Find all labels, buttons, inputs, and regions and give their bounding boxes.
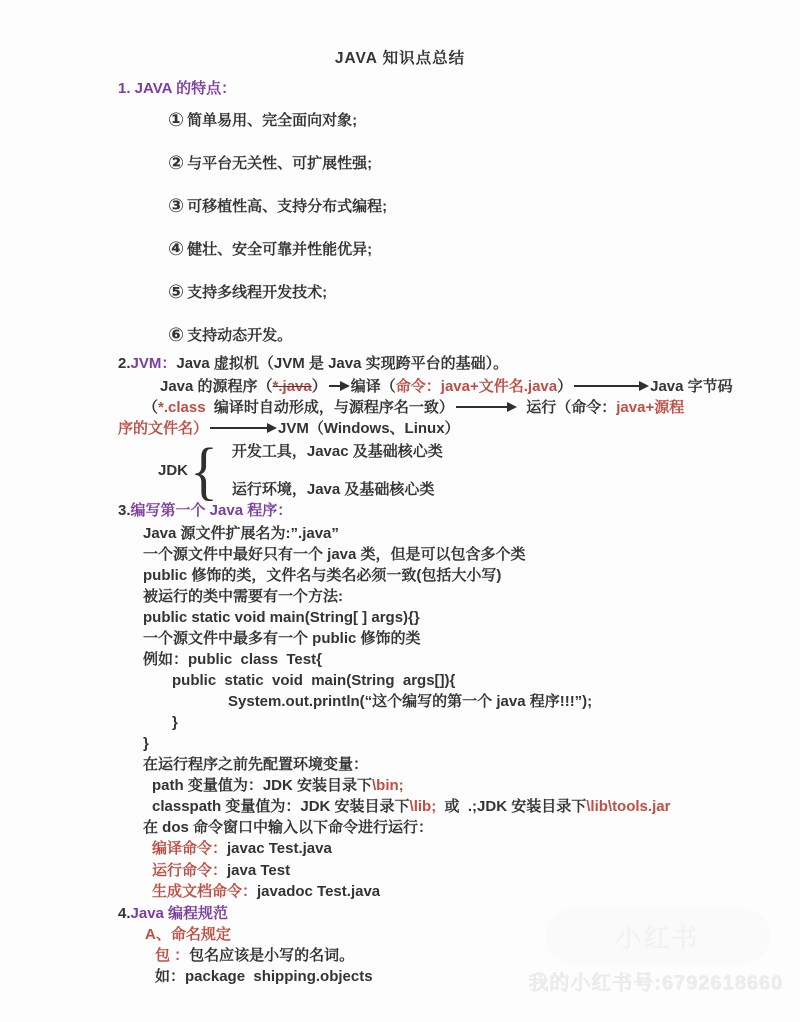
jvm-flow-line-3: 序的文件名）JVM（Windows、Linux） <box>118 418 800 439</box>
circled-number-icon: ⑤ <box>168 282 184 303</box>
run-command-red: java+源程 <box>616 399 684 416</box>
command-value: java Test <box>227 862 290 879</box>
section4-title: Java 编程规范 <box>131 905 229 922</box>
env-classpath: classpath 变量值为：JDK 安装目录下\lib; 或 .;JDK 安装… <box>152 796 800 817</box>
section4-number: 4. <box>118 905 131 922</box>
compile-command-red: 命令：java+文件名.java <box>396 378 557 395</box>
text-line: 一个源文件中最好只有一个 java 类，但是可以包含多个类 <box>143 544 800 565</box>
flow-text: 运行（命令： <box>518 399 616 416</box>
package-rule-text: 包名应该是小写的名词。 <box>189 947 354 964</box>
code-line: System.out.println(“这个编写的第一个 java 程序!!!”… <box>228 691 800 712</box>
jdk-runtime: 运行环境，Java 及基础核心类 <box>232 479 443 500</box>
flow-text: ） <box>557 378 572 395</box>
jvm-flow-line-2: （*.class 编译时自动形成，与源程序名一致） 运行（命令：java+源程 <box>143 397 800 418</box>
section2-heading: 2.JVM：Java 虚拟机（JVM 是 Java 实现跨平台的基础）。 <box>118 353 800 374</box>
page-title: JAVA 知识点总结 <box>0 0 800 68</box>
feature-item: ②与平台无关性、可扩展性强; <box>168 152 800 174</box>
text-line: 一个源文件中最多有一个 public 修饰的类 <box>143 628 800 649</box>
feature-text: 与平台无关性、可扩展性强; <box>187 155 372 172</box>
flow-text: ） <box>312 378 327 395</box>
flow-text: Java 字节码 <box>650 378 733 395</box>
section3-heading: 3.编写第一个 Java 程序： <box>118 500 800 521</box>
env-path-value-red: \bin; <box>372 777 404 794</box>
flow-text: 编译（ <box>351 378 396 395</box>
package-label-red: 包 ： <box>155 947 189 964</box>
env-cp-value-red-1: \lib; <box>410 798 437 815</box>
command-value: javac Test.java <box>227 840 332 857</box>
jdk-components: 开发工具，Javac 及基础核心类 运行环境，Java 及基础核心类 <box>232 441 443 500</box>
arrow-icon <box>456 406 508 408</box>
section2-heading-rest: Java 虚拟机（JVM 是 Java 实现跨平台的基础）。 <box>176 355 508 372</box>
section2-number: 2. <box>118 355 131 372</box>
feature-text: 简单易用、完全面向对象; <box>187 112 357 129</box>
section3-number: 3. <box>118 502 131 519</box>
text-line: Java 源文件扩展名为:”.java” <box>143 523 800 544</box>
env-cp-label: classpath 变量值为：JDK 安装目录下 <box>152 798 410 815</box>
flow-text: Java 的源程序（ <box>160 378 273 395</box>
run-command: 运行命令：java Test <box>152 860 800 882</box>
feature-item: ④健壮、安全可靠并性能优异; <box>168 238 800 260</box>
section1-heading: 1. JAVA 的特点： <box>118 77 800 98</box>
command-value: javadoc Test.java <box>257 883 380 900</box>
xiaohongshu-id-watermark: 我的小红书号:6792618660 <box>528 966 783 995</box>
javadoc-command: 生成文档命令：javadoc Test.java <box>152 881 800 903</box>
xiaohongshu-logo-watermark: 小红书 <box>545 908 770 964</box>
class-ext-red: *.class <box>158 399 206 416</box>
code-line: public static void main(String[ ] args){… <box>143 607 800 628</box>
flow-text: （ <box>143 399 158 416</box>
feature-list: ①简单易用、完全面向对象; ②与平台无关性、可扩展性强; ③可移植性高、支持分布… <box>168 109 800 346</box>
brace-icon: { <box>190 438 218 503</box>
feature-item: ①简单易用、完全面向对象; <box>168 109 800 131</box>
flow-text: 编译时自动形成，与源程序名一致） <box>206 399 454 416</box>
compile-command: 编译命令：javac Test.java <box>152 838 800 860</box>
jdk-dev-tools: 开发工具，Javac 及基础核心类 <box>232 441 443 462</box>
command-label: 运行命令： <box>152 862 227 879</box>
env-intro: 在运行程序之前先配置环境变量： <box>143 754 800 775</box>
section3-body: Java 源文件扩展名为:”.java” 一个源文件中最好只有一个 java 类… <box>0 523 800 754</box>
jvm-flow-line-1: Java 的源程序（*.java）编译（命令：java+文件名.java）Jav… <box>160 376 800 397</box>
jdk-diagram: JDK { 开发工具，Javac 及基础核心类 运行环境，Java 及基础核心类 <box>158 441 800 500</box>
document-page: JAVA 知识点总结 1. JAVA 的特点： ①简单易用、完全面向对象; ②与… <box>0 0 800 1022</box>
circled-number-icon: ③ <box>168 196 184 217</box>
dos-intro: 在 dos 命令窗口中输入以下命令进行运行： <box>143 817 800 838</box>
circled-number-icon: ⑥ <box>168 325 184 346</box>
circled-number-icon: ④ <box>168 239 184 260</box>
feature-text: 可移植性高、支持分布式编程; <box>187 198 387 215</box>
env-path-label: path 变量值为：JDK 安装目录下 <box>152 777 372 794</box>
code-line: 例如：public class Test{ <box>143 649 800 670</box>
circled-number-icon: ② <box>168 153 184 174</box>
feature-item: ⑤支持多线程开发技术; <box>168 281 800 303</box>
code-line: } <box>143 733 800 754</box>
text-line: public 修饰的类，文件名与类名必须一致(包括大小写) <box>143 565 800 586</box>
feature-text: 支持动态开发。 <box>187 327 292 344</box>
text-line: 被运行的类中需要有一个方法: <box>143 586 800 607</box>
command-label: 编译命令： <box>152 840 227 857</box>
env-cp-mid: 或 .;JDK 安装目录下 <box>436 798 586 815</box>
source-ext-red: *.java <box>273 378 312 395</box>
feature-item: ⑥支持动态开发。 <box>168 324 800 346</box>
command-label: 生成文档命令： <box>152 883 257 900</box>
jdk-label: JDK <box>158 462 188 479</box>
feature-text: 健壮、安全可靠并性能优异; <box>187 241 372 258</box>
feature-text: 支持多线程开发技术; <box>187 284 327 301</box>
env-cp-value-red-2: \lib\tools.jar <box>586 798 670 815</box>
circled-number-icon: ① <box>168 110 184 131</box>
arrow-icon <box>210 427 268 429</box>
arrow-icon <box>574 385 640 387</box>
arrow-icon <box>329 385 341 387</box>
code-line: public static void main(String args[]){ <box>172 670 800 691</box>
env-path: path 变量值为：JDK 安装目录下\bin; <box>152 775 800 796</box>
code-line: } <box>172 712 800 733</box>
section2-title: JVM： <box>131 355 177 372</box>
feature-item: ③可移植性高、支持分布式编程; <box>168 195 800 217</box>
flow-text: JVM（Windows、Linux） <box>278 420 460 437</box>
